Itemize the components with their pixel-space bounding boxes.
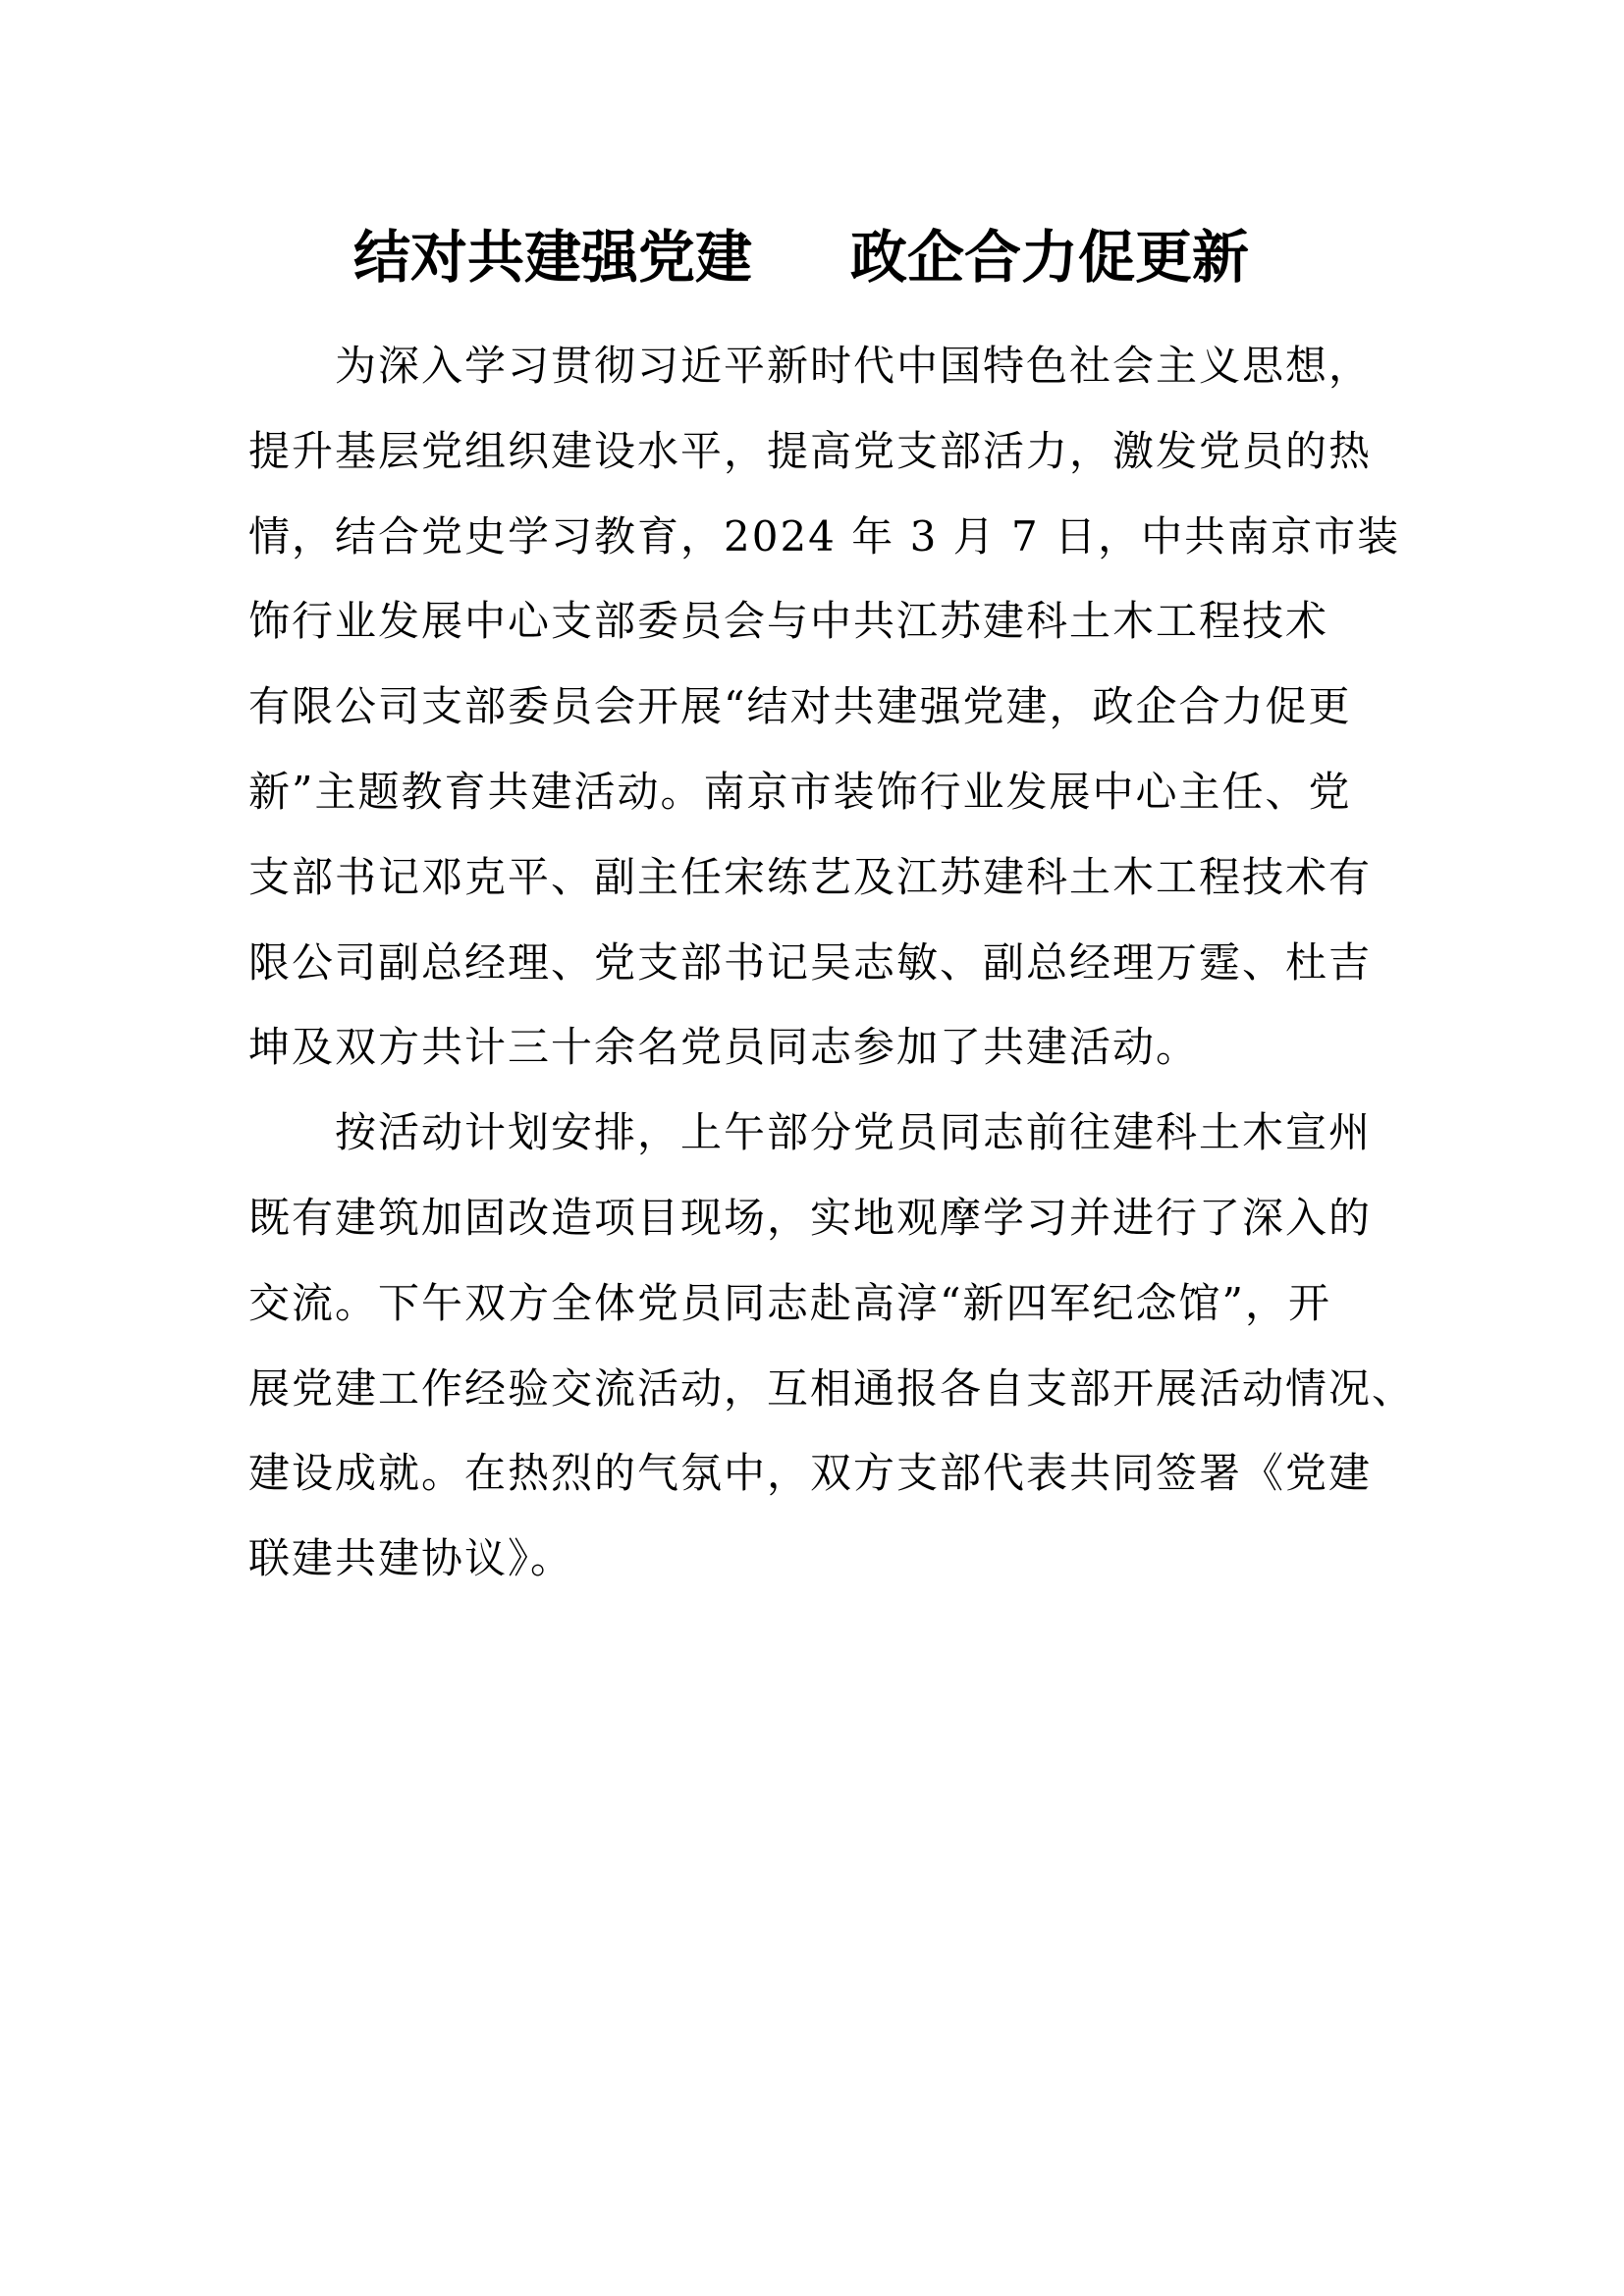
document-page: 结对共建强党建政企合力促更新 为深入学习贯彻习近平新时代中国特色社会主义思想， … [0,0,1624,2296]
document-title: 结对共建强党建政企合力促更新 [353,218,1276,296]
paragraph-line: 有限公司支部委员会开展“结对共建强党建，政企合力促更 [248,674,1387,760]
paragraph-line: 提升基层党组织建设水平，提高党支部活力，激发党员的热 [248,419,1387,505]
paragraph-line: 限公司副总经理、党支部书记吴志敏、副总经理万霆、杜吉 [248,931,1387,1016]
paragraph-line: 新”主题教育共建活动。南京市装饰行业发展中心主任、党 [248,760,1387,845]
paragraph-line: 既有建筑加固改造项目现场，实地观摩学习并进行了深入的 [248,1186,1387,1271]
paragraph-line: 为深入学习贯彻习近平新时代中国特色社会主义思想， [248,334,1387,419]
paragraph-line: 建设成就。在热烈的气氛中，双方支部代表共同签署《党建 [248,1441,1387,1526]
paragraph-line: 交流。下午双方全体党员同志赴高淳“新四军纪念馆”，开 [248,1271,1387,1357]
document-body: 为深入学习贯彻习近平新时代中国特色社会主义思想， 提升基层党组织建设水平，提高党… [248,334,1387,1612]
paragraph-line: 展党建工作经验交流活动，互相通报各自支部开展活动情况、 [248,1357,1387,1442]
paragraph-line: 支部书记邓克平、副主任宋练艺及江苏建科土木工程技术有 [248,845,1387,931]
title-part-1: 结对共建强党建 [353,224,752,291]
paragraph-line: 情，结合党史学习教育，2024 年 3 月 7 日，中共南京市装 [248,505,1387,590]
paragraph-1: 为深入学习贯彻习近平新时代中国特色社会主义思想， 提升基层党组织建设水平，提高党… [248,334,1387,1100]
paragraph-line: 按活动计划安排，上午部分党员同志前往建科土木宣州 [248,1100,1387,1186]
paragraph-line: 饰行业发展中心支部委员会与中共江苏建科土木工程技术 [248,589,1387,674]
paragraph-line: 坤及双方共计三十余名党员同志参加了共建活动。 [248,1015,1387,1100]
paragraph-line: 联建共建协议》。 [248,1526,1387,1612]
paragraph-2: 按活动计划安排，上午部分党员同志前往建科土木宣州 既有建筑加固改造项目现场，实地… [248,1100,1387,1612]
title-part-2: 政企合力促更新 [850,224,1249,291]
